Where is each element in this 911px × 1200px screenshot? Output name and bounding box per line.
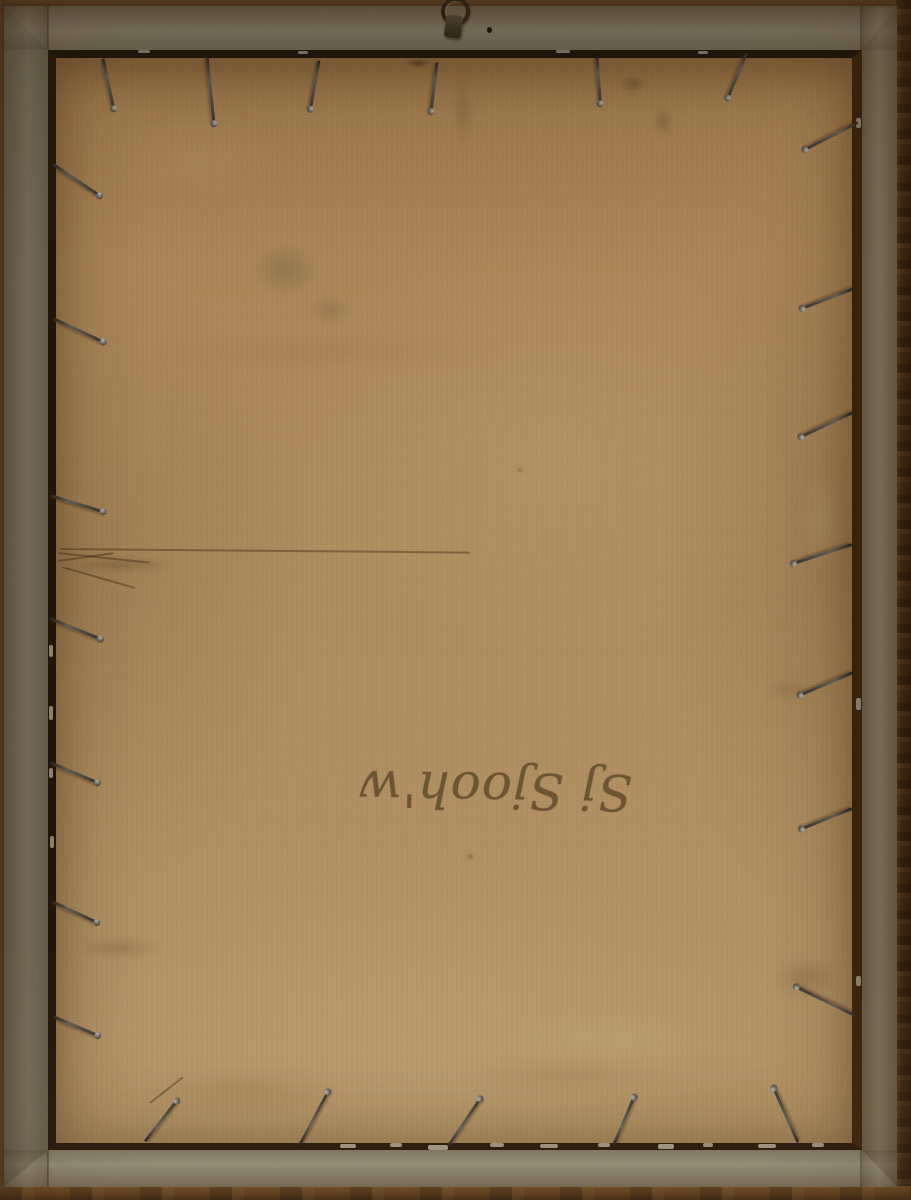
paper-chip (340, 1144, 356, 1148)
paper-chip (390, 1143, 402, 1147)
paper-chip (556, 50, 570, 53)
paper-chip (49, 645, 53, 657)
paper-chip (490, 1143, 504, 1147)
strip-corner-seam (860, 1150, 862, 1187)
signature-inscription: Sj Sjooh'w (294, 719, 696, 861)
strip-corner-seam (47, 1150, 49, 1187)
hanging-ring-mount (444, 14, 464, 39)
paper-chip (298, 51, 308, 54)
paper-chip (49, 706, 53, 720)
outer-wood-frame-bottom (0, 1186, 911, 1200)
strip-corner-seam (47, 6, 49, 50)
paper-chip (703, 1143, 713, 1147)
outer-wood-frame-right (896, 0, 911, 1200)
paper-chip (812, 1143, 824, 1147)
paper-chip (856, 976, 861, 986)
paper-chip (658, 1144, 674, 1149)
framed-artwork-back-photo: Sj Sjooh'w (0, 0, 911, 1200)
paper-chip (50, 836, 54, 848)
paper-chip (598, 1143, 610, 1147)
paper-chip (428, 1145, 448, 1150)
paper-chip (49, 768, 53, 778)
paper-chip (758, 1144, 776, 1148)
strip-corner-seam (860, 6, 862, 50)
paper-chip (138, 50, 150, 53)
paper-chip (698, 51, 708, 54)
paper-chip (540, 1144, 558, 1148)
paper-chip (856, 698, 861, 710)
cardboard-backing (56, 58, 852, 1143)
screw-hole (487, 27, 492, 33)
